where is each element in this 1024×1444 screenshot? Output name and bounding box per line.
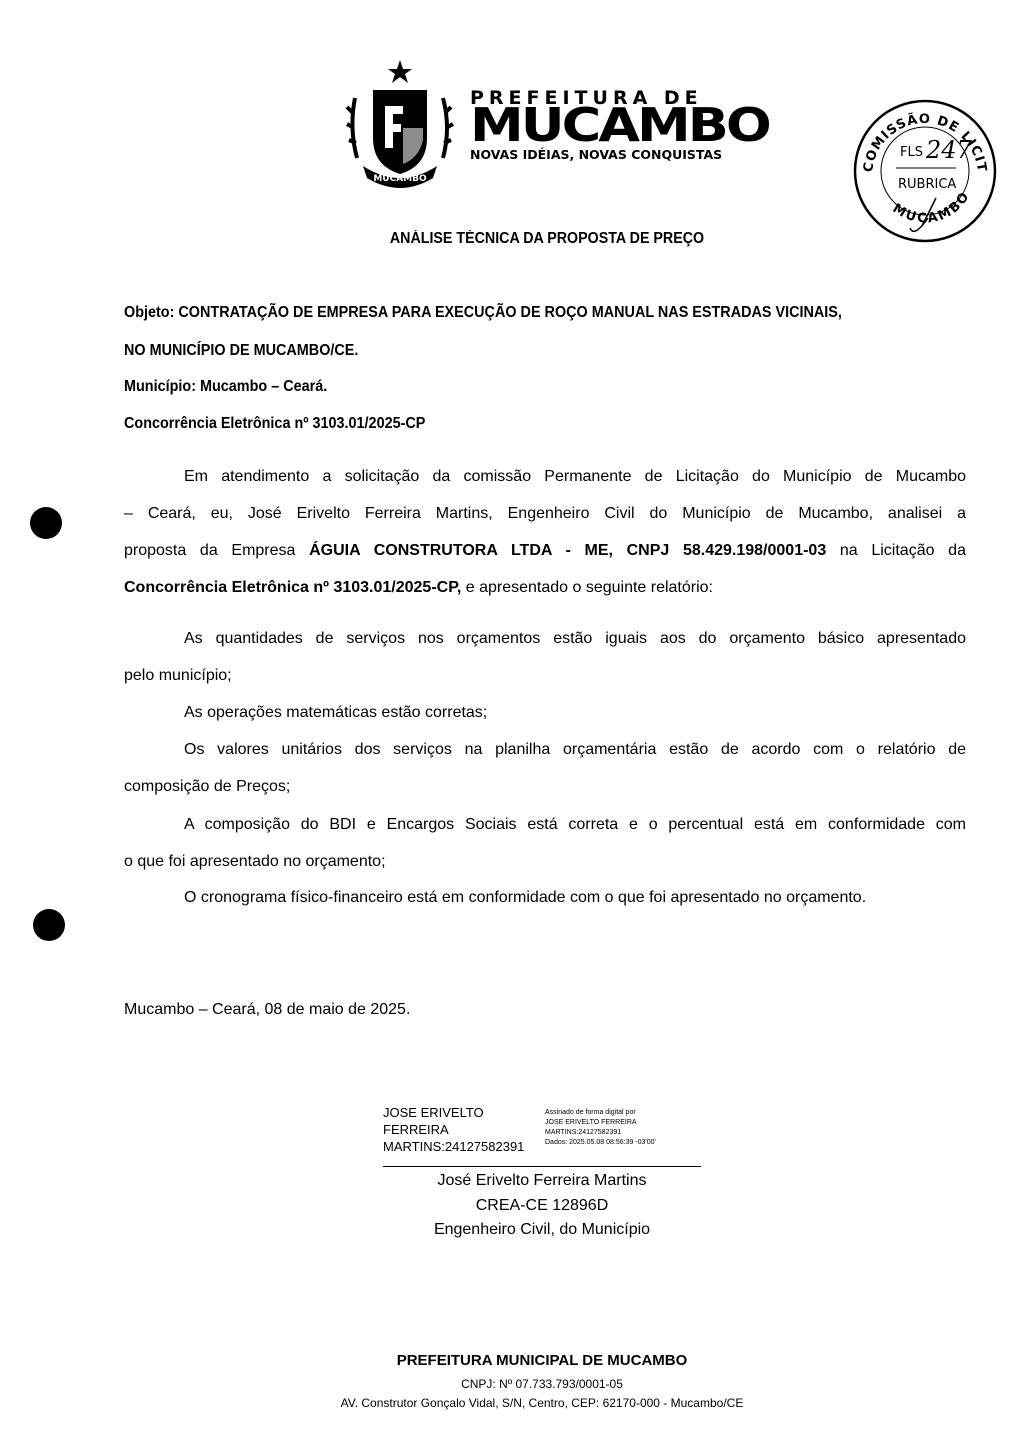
svg-text:247: 247 <box>925 136 973 164</box>
finding-4-line-1: A composição do BDI e Encargos Sociais e… <box>124 815 966 835</box>
sig-digital-line-2: JOSE ERIVELTO FERREIRA <box>545 1118 715 1128</box>
logo-line-mucambo: MUCAMBO <box>470 106 769 145</box>
punch-hole <box>30 507 62 539</box>
objeto-line-1: Objeto: CONTRATAÇÃO DE EMPRESA PARA EXEC… <box>124 303 966 323</box>
finding-3-line-2: composição de Preços; <box>124 777 966 797</box>
finding-1-line-1: As quantidades de serviços nos orçamento… <box>124 629 966 649</box>
commission-stamp: COMISSÃO DE LICITAÇÃO MUCAMBO FLS 247 RU… <box>852 98 998 244</box>
signer-role: Engenheiro Civil, do Município <box>0 1218 1024 1242</box>
signature-rule <box>383 1166 701 1167</box>
footer-address: AV. Construtor Gonçalo Vidal, S/N, Centr… <box>0 1396 1024 1410</box>
finding-3-line-1: Os valores unitários dos serviços na pla… <box>124 740 966 760</box>
punch-hole <box>33 909 65 941</box>
svg-text:FLS: FLS <box>900 145 923 160</box>
intro-line-4: Concorrência Eletrônica nº 3103.01/2025-… <box>124 578 966 598</box>
svg-text:RUBRICA: RUBRICA <box>898 177 956 192</box>
intro-line-2: – Ceará, eu, José Erivelto Ferreira Mart… <box>124 504 966 524</box>
signer-name: José Erivelto Ferreira Martins <box>0 1169 1024 1193</box>
sig-name-line-3: MARTINS:24127582391 <box>383 1138 524 1155</box>
coat-of-arms-icon: MUCAMBO <box>345 58 455 188</box>
footer-org: PREFEITURA MUNICIPAL DE MUCAMBO <box>0 1352 1024 1369</box>
sig-digital-line-3: MARTINS:24127582391 <box>545 1128 715 1138</box>
objeto-line-2: NO MUNICÍPIO DE MUCAMBO/CE. <box>124 341 966 361</box>
signer-crea: CREA-CE 12896D <box>0 1194 1024 1218</box>
prefeitura-logo: MUCAMBO PREFEITURA DE MUCAMBO NOVAS IDÉI… <box>345 58 765 188</box>
finding-5: O cronograma físico-financeiro está em c… <box>124 888 966 908</box>
finding-1-line-2: pelo município; <box>124 666 966 686</box>
sig-digital-line-1: Assinado de forma digital por <box>545 1108 715 1118</box>
footer-cnpj: CNPJ: Nº 07.733.793/0001-05 <box>0 1377 1024 1391</box>
sig-name-line-2: FERREIRA <box>383 1121 524 1138</box>
sig-name-line-1: JOSE ERIVELTO <box>383 1104 524 1121</box>
municipio-line: Município: Mucambo – Ceará. <box>124 377 966 397</box>
company-name: ÁGUIA CONSTRUTORA LTDA - ME, CNPJ 58.429… <box>309 542 826 559</box>
concorrencia-line: Concorrência Eletrônica nº 3103.01/2025-… <box>124 414 966 434</box>
svg-text:MUCAMBO: MUCAMBO <box>373 174 427 184</box>
intro-line-3: proposta da Empresa ÁGUIA CONSTRUTORA LT… <box>124 541 966 561</box>
intro-line-1: Em atendimento a solicitação da comissão… <box>124 467 966 487</box>
finding-2: As operações matemáticas estão corretas; <box>124 703 966 723</box>
document-title: ANÁLISE TÉCNICA DA PROPOSTA DE PREÇO <box>44 230 1024 248</box>
date-line: Mucambo – Ceará, 08 de maio de 2025. <box>124 1000 966 1020</box>
finding-4-line-2: o que foi apresentado no orçamento; <box>124 852 966 872</box>
sig-digital-timestamp: Dados: 2025.05.08 08:56:39 -03'00' <box>545 1138 715 1148</box>
